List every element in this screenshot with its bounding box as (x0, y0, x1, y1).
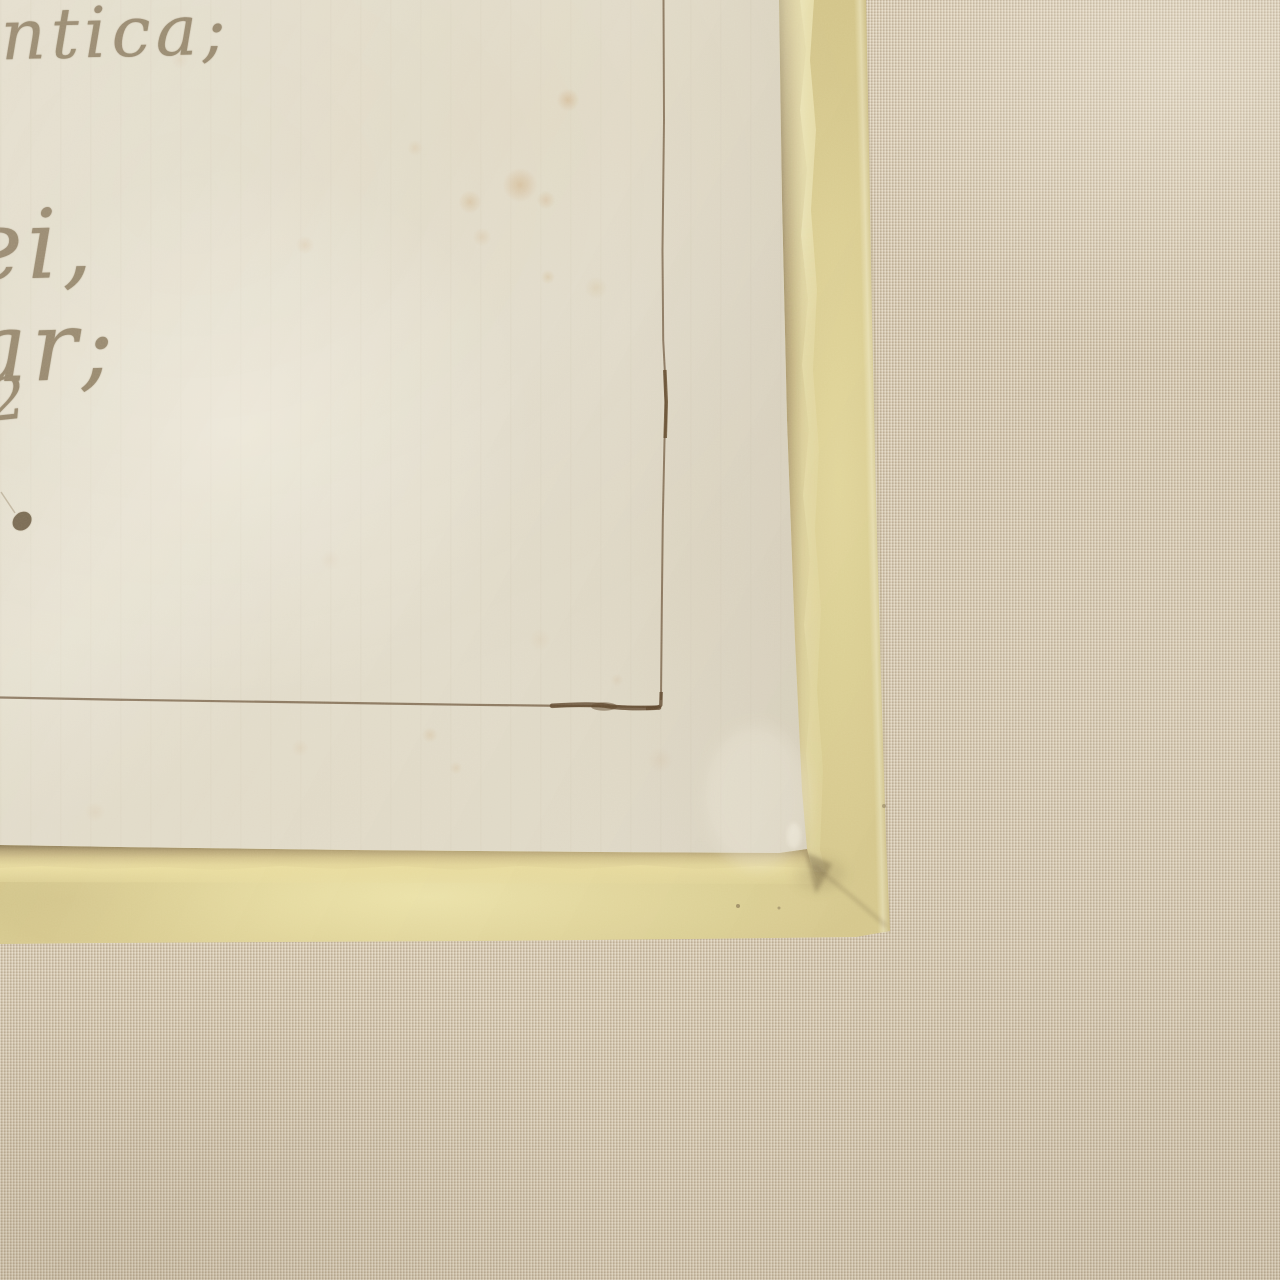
handwriting-line-2: ei, (0, 195, 97, 294)
foxing-spot (447, 759, 465, 777)
framed-manuscript-photo: antica; ei, ar; 2 . (0, 0, 1280, 1280)
foxing-spot (642, 742, 678, 778)
foxing-spot (524, 624, 556, 656)
handwriting-ink-blot: . (3, 443, 45, 544)
foxing-spot (288, 736, 312, 760)
foxing-spot (404, 137, 426, 159)
foxing-spot (419, 724, 441, 746)
foxing-spot (552, 84, 584, 116)
handwriting-line-4: 2 (0, 368, 33, 430)
foxing-spot (168, 48, 192, 72)
foxing-spot (81, 798, 109, 826)
handwriting-line-1: antica; (0, 0, 232, 72)
foxing-spot (538, 267, 558, 287)
foxing-spot (533, 187, 559, 213)
foxing-spot (454, 186, 486, 218)
foxing-spot (316, 546, 344, 574)
foxing-spot (580, 272, 612, 304)
foxing-spot (292, 232, 318, 258)
foxing-spot (608, 671, 626, 689)
foxing-spot (469, 224, 495, 250)
